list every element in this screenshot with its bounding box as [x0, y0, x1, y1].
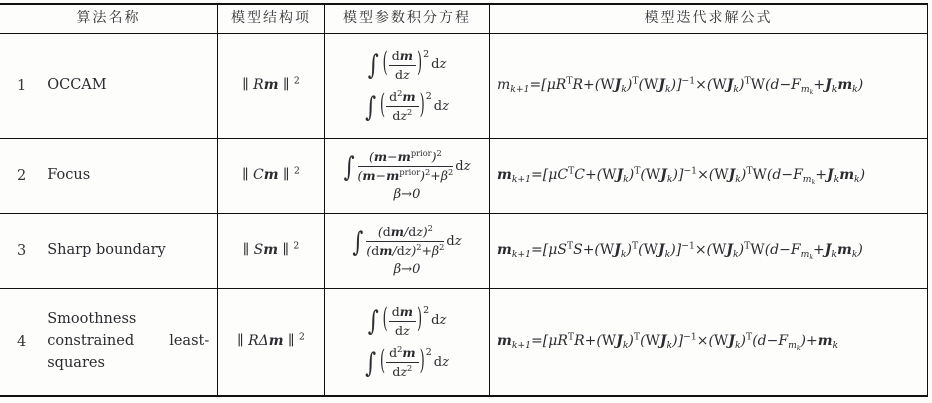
fraction: (m−mprior)2 (m−mprior)2+β2: [358, 149, 454, 185]
integral-equation: ∫ (dm/dz)2 (dm/dz)2+β2 dz: [352, 224, 461, 260]
integral-equation: ∫ ( d2m dz2 ) 2 dz: [365, 345, 449, 381]
denominator: dz: [389, 322, 416, 339]
row-number: 4: [17, 333, 26, 351]
integral-equation: ∫ (m−mprior)2 (m−mprior)2+β2 dz: [344, 149, 471, 185]
algorithm-name: Focus: [47, 165, 209, 187]
differential: dz: [434, 355, 449, 371]
algorithm-name: Sharp boundary: [47, 240, 209, 262]
iteration-formula: mk+1=[μCTC+(WJk)T(WJk)]−1×(WJk)TW(d−Fmk+…: [497, 167, 865, 185]
differential: dz: [431, 57, 446, 73]
denominator: dz: [389, 66, 416, 83]
algorithm-name: OCCAM: [47, 75, 209, 97]
fraction: d2m dz2: [386, 89, 419, 125]
algorithm-name: Smoothness constrained least-squares: [47, 309, 209, 374]
iteration-formula-cell: mk+1=[μCTC+(WJk)T(WJk)]−1×(WJk)TW(d−Fmk+…: [490, 139, 927, 214]
numerator: dm: [389, 304, 416, 322]
integral-cell: ∫ (m−mprior)2 (m−mprior)2+β2 dz β→0: [325, 139, 490, 214]
beta-limit: β→0: [394, 187, 421, 203]
paren-right: ): [417, 48, 422, 82]
numerator: d2m: [386, 89, 419, 107]
structure-term: ∥ Cm ∥ 2: [242, 167, 300, 185]
numerator: d2m: [386, 345, 419, 363]
paren-right: ): [417, 304, 422, 338]
structure-term-cell: ∥ Sm ∥ 2: [218, 214, 325, 289]
beta-limit: β→0: [394, 262, 421, 278]
row-number: 3: [17, 242, 26, 260]
iteration-formula: mk+1=[μSTS+(WJk)T(WJk)]−1×(WJk)TW(d−Fmk+…: [497, 242, 863, 260]
iteration-formula: mk+1=[μRTR+(WJk)T(WJk)]−1×(WJk)T(d−Fmk)+…: [497, 333, 838, 351]
structure-term: ∥ RΔm ∥ 2: [237, 333, 305, 351]
structure-term-cell: ∥ Rm ∥ 2: [218, 34, 325, 139]
paren-left: (: [383, 48, 388, 82]
paren-left: (: [380, 346, 385, 380]
numerator: dm: [389, 48, 416, 66]
integral-icon: ∫: [365, 90, 376, 124]
integral-cell: ∫ ( dm dz ) 2 dz ∫ ( d2m dz2 ) 2 dz: [325, 34, 490, 139]
integral-icon: ∫: [352, 225, 363, 259]
integral-icon: ∫: [368, 304, 379, 338]
structure-term-cell: ∥ RΔm ∥ 2: [218, 289, 325, 395]
integral-equation: ∫ ( dm dz ) 2 dz: [368, 304, 447, 340]
denominator: (m−mprior)2+β2: [358, 167, 454, 184]
col-header-model-parameter-integral-equation: 模型参数积分方程: [325, 5, 490, 34]
fraction: dm dz: [389, 48, 416, 84]
differential: dz: [455, 159, 470, 175]
table-row-2-name-cell: 2 Focus: [0, 139, 218, 214]
integral-equation: ∫ ( d2m dz2 ) 2 dz: [365, 89, 449, 125]
differential: dz: [446, 234, 461, 250]
col-header-algorithm-name: 算法名称: [0, 5, 218, 34]
numerator: (dm/dz)2: [366, 224, 444, 242]
integral-icon: ∫: [368, 48, 379, 82]
fraction: (dm/dz)2 (dm/dz)2+β2: [366, 224, 444, 260]
integral-icon: ∫: [365, 346, 376, 380]
iteration-formula-cell: mk+1=[μRTR+(WJk)T(WJk)]−1×(WJk)T(d−Fmk)+…: [490, 289, 927, 395]
integral-cell: ∫ ( dm dz ) 2 dz ∫ ( d2m dz2 ) 2 dz: [325, 289, 490, 395]
denominator: (dm/dz)2+β2: [366, 242, 444, 259]
structure-term: ∥ Rm ∥ 2: [242, 77, 300, 95]
paren-left: (: [383, 304, 388, 338]
structure-term-cell: ∥ Cm ∥ 2: [218, 139, 325, 214]
denominator: dz2: [386, 363, 419, 380]
table-row-4-name-cell: 4 Smoothness constrained least-squares: [0, 289, 218, 395]
col-header-model-iteration-formula: 模型迭代求解公式: [490, 5, 927, 34]
paren-right: ): [420, 346, 425, 380]
differential: dz: [431, 313, 446, 329]
paren-left: (: [380, 90, 385, 124]
fraction: dm dz: [389, 304, 416, 340]
fraction: d2m dz2: [386, 345, 419, 381]
numerator: (m−mprior)2: [358, 149, 454, 167]
col-header-model-structure-term: 模型结构项: [218, 5, 325, 34]
iteration-formula-cell: mk+1=[μSTS+(WJk)T(WJk)]−1×(WJk)TW(d−Fmk+…: [490, 214, 927, 289]
integral-icon: ∫: [344, 150, 355, 184]
table-row-3-name-cell: 3 Sharp boundary: [0, 214, 218, 289]
integral-equation: ∫ ( dm dz ) 2 dz: [368, 48, 447, 84]
structure-term: ∥ Sm ∥ 2: [243, 242, 300, 260]
integral-cell: ∫ (dm/dz)2 (dm/dz)2+β2 dz β→0: [325, 214, 490, 289]
differential: dz: [434, 99, 449, 115]
algorithm-comparison-table: 算法名称 模型结构项 模型参数积分方程 模型迭代求解公式 1 OCCAM ∥ R…: [0, 3, 928, 397]
row-number: 2: [17, 167, 26, 185]
paren-right: ): [420, 90, 425, 124]
row-number: 1: [17, 77, 26, 95]
iteration-formula-cell: mk+1=[μRTR+(WJk)T(WJk)]−1×(WJk)TW(d−Fmk+…: [490, 34, 927, 139]
table-row-1-name-cell: 1 OCCAM: [0, 34, 218, 139]
iteration-formula: mk+1=[μRTR+(WJk)T(WJk)]−1×(WJk)TW(d−Fmk+…: [497, 77, 863, 95]
denominator: dz2: [386, 107, 419, 124]
